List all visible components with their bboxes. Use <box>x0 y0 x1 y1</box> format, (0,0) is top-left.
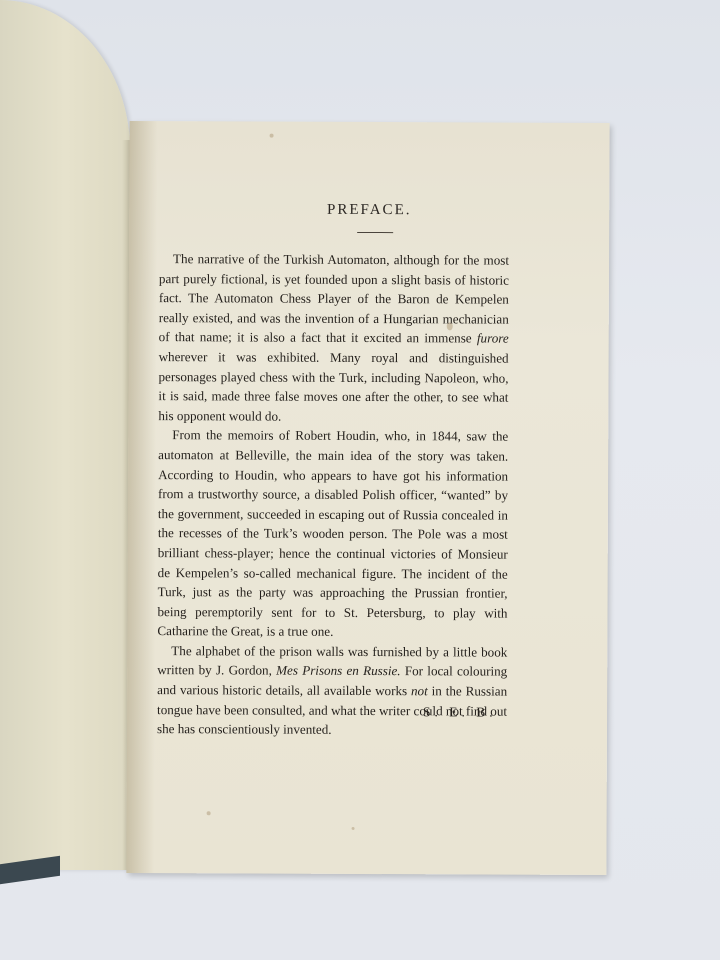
page-gutter-shadow <box>126 121 157 873</box>
preface-body: The narrative of the Turkish Automaton, … <box>157 249 509 740</box>
heading-rule <box>357 232 393 233</box>
foxing-spot <box>270 134 274 138</box>
paragraph-3: The alphabet of the prison walls was fur… <box>157 641 507 740</box>
text-run: wherever it was exhibited. Many royal an… <box>158 349 508 423</box>
left-page <box>0 0 130 870</box>
signature: S. E. B. <box>423 704 497 720</box>
italic-text-run: furore <box>477 331 509 346</box>
italic-text-run: Mes Prisons en Russie. <box>276 663 401 679</box>
right-page: PREFACE. The narrative of the Turkish Au… <box>126 121 609 875</box>
foxing-spot <box>352 827 355 830</box>
paragraph-1: The narrative of the Turkish Automaton, … <box>158 249 509 427</box>
foxing-spot <box>207 811 211 815</box>
paragraph-2: From the memoirs of Robert Houdin, who, … <box>157 425 508 642</box>
text-run: From the memoirs of Robert Houdin, who, … <box>157 427 508 639</box>
text-run: The narrative of the Turkish Automaton, … <box>159 251 509 346</box>
italic-text-run: not <box>411 683 428 698</box>
page-heading: PREFACE. <box>129 201 609 220</box>
